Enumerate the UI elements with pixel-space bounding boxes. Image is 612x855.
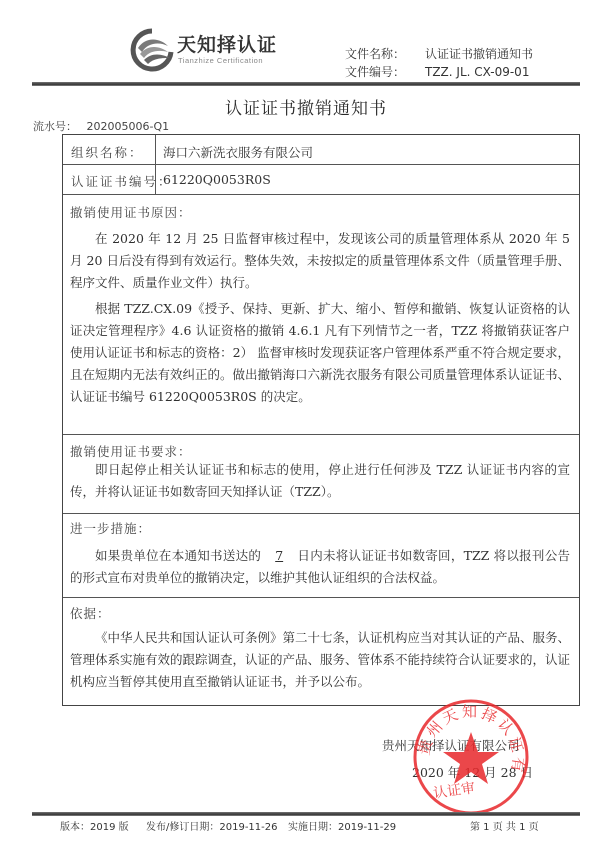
cert-value: 61220Q0053R0S: [163, 172, 271, 187]
reason-title: 撤销使用证书原因：: [70, 203, 192, 221]
notice-form: 组织名称： 海口六新洗衣服务有限公司 认证证书编号： 61220Q0053R0S…: [62, 134, 580, 706]
reason-paragraph-1: 在 2020 年 12 月 25 日监督审核过程中，发现该公司的质量管理体系从 …: [70, 228, 570, 294]
swirl-logo-icon: [130, 28, 174, 72]
file-number-value: TZZ. JL. CX-09-01: [425, 65, 529, 79]
file-name-label: 文件名称：: [345, 45, 411, 62]
basis-paragraph: 《中华人民共和国认证认可条例》第二十七条，认证机构应当对其认证的产品、服务、管理…: [70, 627, 570, 693]
measures-text-before: 如果贵单位在本通知书送达的: [95, 548, 261, 563]
measures-paragraph: 如果贵单位在本通知书送达的7日内未将认证证书如数寄回，TZZ 将以报刊公告的形式…: [70, 545, 570, 589]
measures-title: 进一步措施：: [70, 519, 151, 537]
footer-revised-date: 发布/修订日期：2019-11-26: [146, 818, 277, 833]
footer-divider: [32, 812, 580, 816]
row-divider: [63, 194, 579, 195]
company-logo: [130, 28, 174, 72]
row-divider: [63, 164, 579, 165]
section-divider: [63, 434, 579, 435]
basis-title: 依据：: [70, 604, 111, 622]
cert-label: 认证证书编号：: [71, 172, 173, 190]
footer-version: 版本：2019 版: [60, 818, 129, 833]
header-divider: [32, 82, 580, 86]
seal-star-icon: 贵州天知择认证有限公司 认证审: [412, 698, 530, 816]
serial-label: 流水号：: [33, 120, 77, 133]
serial-number: 流水号： 202005006-Q1: [33, 118, 169, 134]
requirement-title: 撤销使用证书要求：: [70, 442, 192, 460]
page-title: 认证证书撤销通知书: [0, 94, 612, 119]
official-seal: 贵州天知择认证有限公司 认证审: [412, 698, 530, 816]
logo-subtitle: Tianzhize Certification: [178, 56, 263, 65]
footer-page-number: 第 1 页 共 1 页: [470, 818, 539, 833]
file-name-value: 认证证书撤销通知书: [425, 45, 533, 62]
org-value: 海口六新洗衣服务有限公司: [163, 143, 313, 161]
logo-name: 天知择认证: [177, 30, 277, 57]
days-value: 7: [261, 548, 297, 563]
file-number-label: 文件编号：: [345, 63, 411, 80]
serial-value: 202005006-Q1: [87, 120, 170, 133]
svg-text:认证审: 认证审: [432, 779, 476, 802]
requirement-paragraph: 即日起停止相关认证证书和标志的使用，停止进行任何涉及 TZZ 认证证书内容的宣传…: [70, 459, 570, 503]
org-label: 组织名称：: [71, 143, 144, 161]
reason-paragraph-2: 根据 TZZ.CX.09《授予、保持、更新、扩大、缩小、暂停和撤销、恢复认证资格…: [70, 298, 570, 408]
footer-effective-date: 实施日期：2019-11-29: [288, 818, 396, 833]
section-divider: [63, 597, 579, 598]
section-divider: [63, 513, 579, 514]
file-number-row: 文件编号：TZZ. JL. CX-09-01: [345, 63, 529, 80]
file-name-row: 文件名称：认证证书撤销通知书: [345, 45, 533, 62]
